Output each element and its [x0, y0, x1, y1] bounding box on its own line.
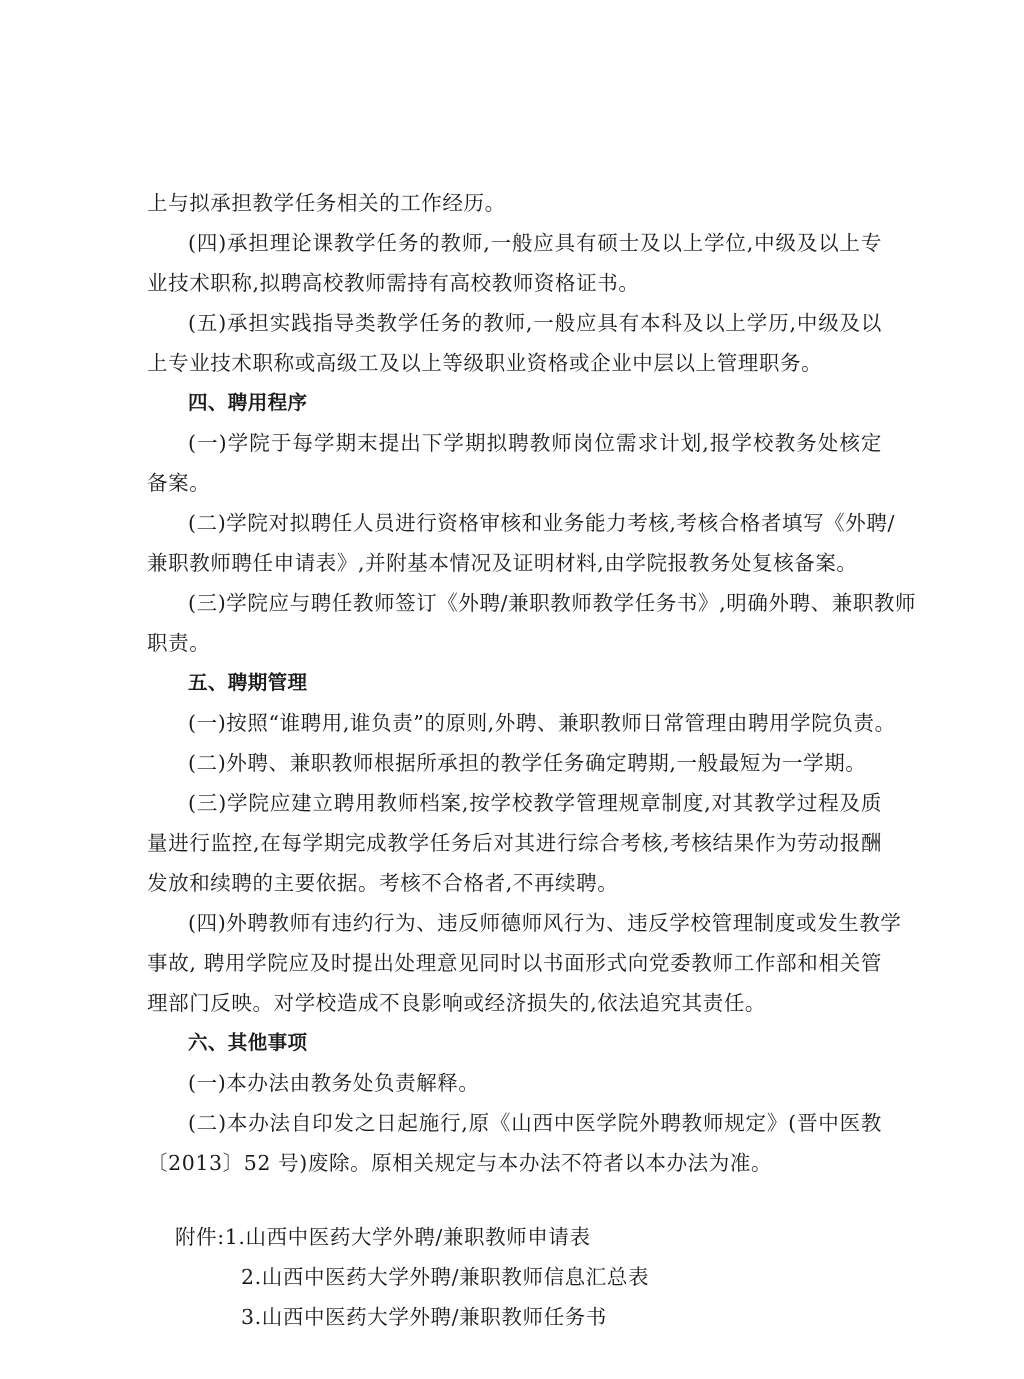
- paragraph-s5-item2-line1: (二)外聘、兼职教师根据所承担的教学任务确定聘期,一般最短为一学期。: [188, 748, 866, 778]
- paragraph-s4-item1-line2: 备案。: [147, 468, 210, 498]
- paragraph-continuation: 上与拟承担教学任务相关的工作经历。: [147, 188, 506, 218]
- section-heading-hiring-procedure: 四、聘用程序: [188, 388, 307, 418]
- paragraph-s6-item2-line2: 〔2013〕52 号)废除。原相关规定与本办法不符者以本办法为准。: [147, 1148, 772, 1178]
- paragraph-s5-item3-line3: 发放和续聘的主要依据。考核不合格者,不再续聘。: [147, 868, 618, 898]
- paragraph-s5-item4-line3: 理部门反映。对学校造成不良影响或经济损失的,依法追究其责任。: [147, 988, 766, 1018]
- paragraph-s4-item2-line1: (二)学院对拟聘任人员进行资格审核和业务能力考核,考核合格者填写《外聘/: [188, 508, 882, 538]
- attachments-block: 附件:1.山西中医药大学外聘/兼职教师申请表: [175, 1222, 591, 1252]
- paragraph-s4-item3-line1: (三)学院应与聘任教师签订《外聘/兼职教师教学任务书》,明确外聘、兼职教师: [188, 588, 882, 618]
- paragraph-s4-item3-line2: 职责。: [147, 628, 210, 658]
- paragraph-s6-item1-line1: (一)本办法由教务处负责解释。: [188, 1068, 480, 1098]
- attachment-item-1: 1.山西中医药大学外聘/兼职教师申请表: [225, 1225, 591, 1249]
- paragraph-s5-item3-line1: (三)学院应建立聘用教师档案,按学校教学管理规章制度,对其教学过程及质: [188, 788, 882, 818]
- paragraph-item4-line2: 业技术职称,拟聘高校教师需持有高校教师资格证书。: [147, 268, 639, 298]
- paragraph-item5-line2: 上专业技术职称或高级工及以上等级职业资格或企业中层以上管理职务。: [147, 348, 822, 378]
- attachment-item-3: 3.山西中医药大学外聘/兼职教师任务书: [241, 1302, 607, 1332]
- paragraph-s6-item2-line1: (二)本办法自印发之日起施行,原《山西中医学院外聘教师规定》(晋中医教: [188, 1108, 882, 1138]
- paragraph-s4-item2-line2: 兼职教师聘任申请表》,并附基本情况及证明材料,由学院报教务处复核备案。: [147, 548, 858, 578]
- paragraph-item4-line1: (四)承担理论课教学任务的教师,一般应具有硕士及以上学位,中级及以上专: [188, 228, 882, 258]
- attachment-item-2: 2.山西中医药大学外聘/兼职教师信息汇总表: [241, 1262, 649, 1292]
- paragraph-s4-item1-line1: (一)学院于每学期末提出下学期拟聘教师岗位需求计划,报学校教务处核定: [188, 428, 882, 458]
- paragraph-s5-item4-line1: (四)外聘教师有违约行为、违反师德师风行为、违反学校管理制度或发生教学: [188, 908, 882, 938]
- paragraph-item5-line1: (五)承担实践指导类教学任务的教师,一般应具有本科及以上学历,中级及以: [188, 308, 882, 338]
- paragraph-s5-item1-line1: (一)按照“谁聘用,谁负责”的原则,外聘、兼职教师日常管理由聘用学院负责。: [188, 708, 896, 738]
- section-heading-term-management: 五、聘期管理: [188, 668, 307, 698]
- paragraph-s5-item4-line2: 事故, 聘用学院应及时提出处理意见同时以书面形式向党委教师工作部和相关管: [147, 948, 882, 978]
- section-heading-other-matters: 六、其他事项: [188, 1028, 307, 1058]
- attachments-label: 附件:: [175, 1225, 225, 1249]
- paragraph-s5-item3-line2: 量进行监控,在每学期完成教学任务后对其进行综合考核,考核结果作为劳动报酬: [147, 828, 882, 858]
